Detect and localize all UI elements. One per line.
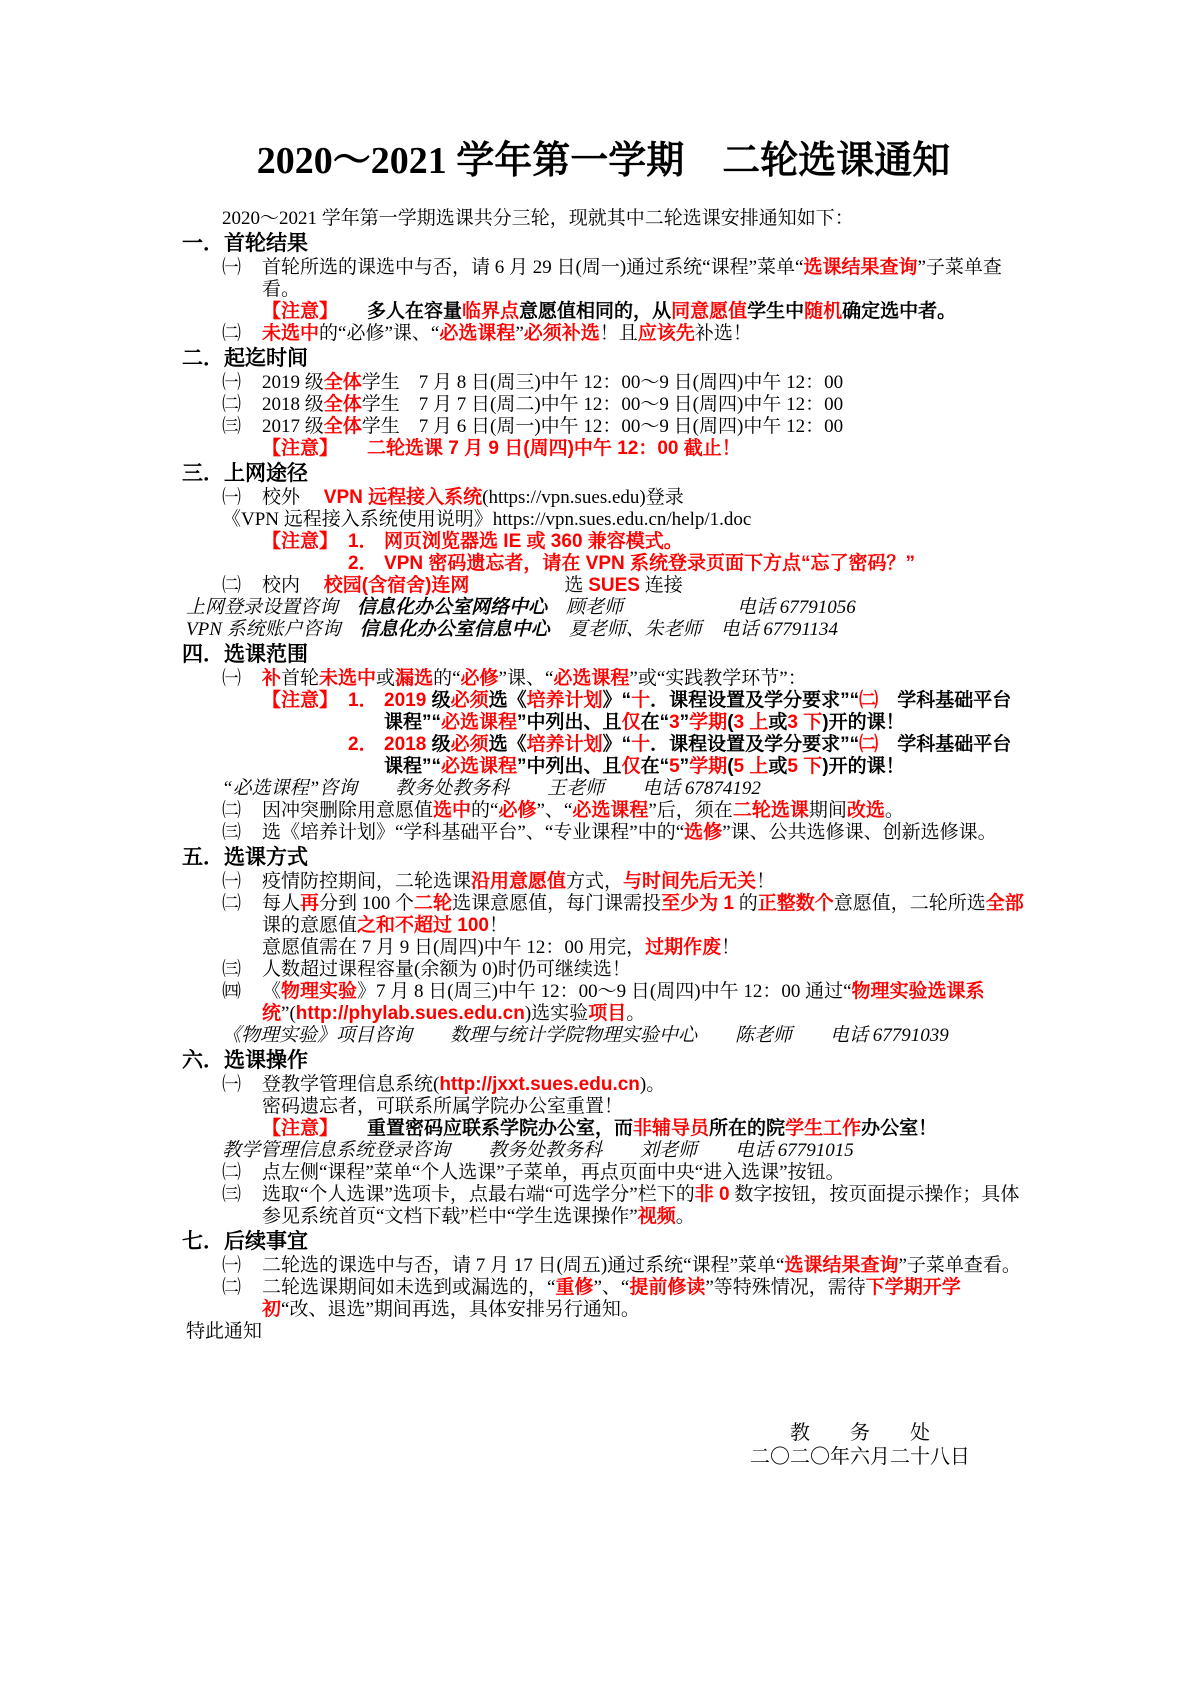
highlighted-text: 二轮选课 — [733, 800, 809, 821]
item-marker: ㈠ — [182, 1074, 262, 1096]
highlighted-text: 必须 — [451, 734, 489, 755]
highlighted-text: 必选课程 — [441, 756, 517, 777]
contact-line: “必选课程”咨询 教务处教务科 王老师 电话 67874192 — [182, 778, 1025, 800]
text-run: 的“ — [471, 800, 498, 821]
item-text: 二轮选的课选中与否，请 7 月 17 日(周五)通过系统“课程”菜单“选课结果查… — [262, 1255, 1025, 1277]
text-run: 选《培养计划》“学科基础平台”、“专业课程”中的“ — [262, 822, 684, 843]
text-run: 》“ — [603, 734, 632, 755]
text-run: 重置密码应联系学院办公室，而 — [348, 1118, 633, 1139]
notice-list-item: 2．2018 级必须选《培养计划》“十．课程设置及学分要求”“㈡ 学科基础平台课… — [348, 734, 1025, 778]
highlighted-text: 选中 — [433, 800, 471, 821]
notice-item-number: 2． — [348, 734, 384, 778]
highlighted-text: 学生工作 — [785, 1118, 861, 1139]
text-run: )开的课！ — [822, 756, 904, 777]
text-run: ”课、“ — [499, 668, 554, 689]
highlighted-text: http://phylab.sues.edu.cn — [296, 1003, 525, 1024]
notice-label: 【注意】 — [262, 301, 338, 323]
text-run: 。 — [676, 1206, 695, 1227]
highlighted-text: 必选课程 — [553, 668, 629, 689]
highlighted-text: 全体 — [324, 394, 362, 415]
notice-label: 【注意】 — [262, 438, 338, 460]
text-run: VPN 系统账户咨询 — [186, 619, 360, 640]
item-marker: ㈣ — [182, 981, 262, 1025]
list-item: ㈡2018 级全体学生 7 月 7 日(周二)中午 12：00～9 日(周四)中… — [182, 394, 1025, 416]
text-run: 因冲突删除用意愿值 — [262, 800, 433, 821]
highlighted-text: http://jxxt.sues.edu.cn — [439, 1074, 640, 1095]
highlighted-text: 与时间先后无关 — [623, 871, 756, 892]
highlighted-text: 未选中 — [319, 668, 376, 689]
list-item: ㈠补首轮未选中或漏选的“必修”课、“必选课程”或“实践教学环节”： — [182, 668, 1025, 690]
highlighted-text: ㈡ — [859, 734, 878, 755]
text-run: 的“ — [433, 668, 460, 689]
highlighted-text: 网页浏览器选 IE 或 360 兼容模式。 — [384, 531, 683, 552]
text-run: ”( — [281, 1003, 296, 1024]
section-heading: 四．选课范围 — [182, 641, 1025, 668]
text-run: ” — [515, 323, 523, 344]
highlighted-text: 学期 — [689, 712, 727, 733]
text-run: 校内 — [262, 575, 324, 596]
item-marker: ㈠ — [182, 372, 262, 394]
text-run: 选《 — [489, 690, 527, 711]
highlighted-text: 沿用意愿值 — [471, 871, 566, 892]
contact-line: 教学管理信息系统登录咨询 教务处教务科 刘老师 电话 67791015 — [182, 1140, 1025, 1162]
text-run: 所在的院 — [709, 1118, 785, 1139]
item-marker: ㈠ — [182, 871, 262, 893]
text-run: (https://vpn.sues.edu)登录 — [482, 487, 684, 508]
text-run: 每人 — [262, 893, 300, 914]
list-item: ㈢选《培养计划》“学科基础平台”、“专业课程”中的“选修”课、公共选修课、创新选… — [182, 822, 1025, 844]
highlighted-text: 二轮选课 7 月 9 日(周四)中午 12：00 截止！ — [348, 438, 741, 459]
text-run: 意愿值，二轮所选 — [834, 893, 986, 914]
text-run: 的 — [734, 893, 758, 914]
highlighted-text: 视频 — [638, 1206, 676, 1227]
text-run: 顾老师 电话 67791056 — [547, 597, 856, 618]
text-run: ”、“ — [593, 1277, 629, 1298]
continuation-line: 《VPN 远程接入系统使用说明》https://vpn.sues.edu.cn/… — [182, 509, 1025, 531]
highlighted-text: 二轮 — [414, 893, 452, 914]
highlighted-text: 补 — [262, 668, 281, 689]
list-item: ㈠登教学管理信息系统(http://jxxt.sues.edu.cn)。 — [182, 1074, 1025, 1096]
text-run: 教学管理信息系统登录咨询 教务处教务科 刘老师 电话 67791015 — [222, 1140, 854, 1161]
text-run: 登教学管理信息系统( — [262, 1074, 439, 1095]
list-item: ㈠校外 VPN 远程接入系统(https://vpn.sues.edu)登录 — [182, 487, 1025, 509]
highlighted-text: 提前修读 — [629, 1277, 705, 1298]
section-heading: 七．后续事宜 — [182, 1228, 1025, 1255]
text-run: ”课、公共选修课、创新选修课。 — [722, 822, 996, 843]
text-run: 首轮 — [281, 668, 319, 689]
text-run: 期间 — [809, 800, 847, 821]
highlighted-text: 改选 — [847, 800, 885, 821]
highlighted-text: 十 — [631, 690, 650, 711]
text-run: ！ — [721, 937, 740, 958]
list-item: ㈡校内 校园(含宿舍)连网 选 SUES 连接 — [182, 575, 1025, 597]
highlighted-text: 全体 — [324, 416, 362, 437]
text-run: 密码遗忘者，可联系所属学院办公室重置！ — [262, 1096, 623, 1117]
list-item: ㈠二轮选的课选中与否，请 7 月 17 日(周五)通过系统“课程”菜单“选课结果… — [182, 1255, 1025, 1277]
notice-list-item: 1．2019 级必须选《培养计划》“十．课程设置及学分要求”“㈡ 学科基础平台课… — [348, 690, 1025, 734]
item-marker: ㈠ — [182, 257, 262, 301]
item-marker: ㈡ — [182, 323, 262, 345]
notice-list-item: 2．VPN 密码遗忘者，请在 VPN 系统登录页面下方点“忘了密码？” — [348, 553, 1025, 575]
text-run: 选 — [469, 575, 588, 596]
highlighted-text: 正整数个 — [758, 893, 834, 914]
section: 三．上网途径㈠校外 VPN 远程接入系统(https://vpn.sues.ed… — [182, 460, 1025, 641]
section-heading: 五．选课方式 — [182, 844, 1025, 871]
text-run: 选取“个人选课”选项卡，点最右端“可选学分”栏下的 — [262, 1184, 695, 1205]
text-run: 《物理实验》项目咨询 数理与统计学院物理实验中心 陈老师 电话 67791039 — [222, 1025, 949, 1046]
highlighted-text: SUES — [588, 575, 640, 596]
text-run: “必选课程”咨询 教务处教务科 王老师 电话 67874192 — [222, 778, 761, 799]
list-item: ㈡因冲突删除用意愿值选中的“必修”、“必选课程”后，须在二轮选课期间改选。 — [182, 800, 1025, 822]
item-marker: ㈡ — [182, 575, 262, 597]
highlighted-text: 3 下 — [787, 712, 822, 733]
highlighted-text: 至少为 1 — [661, 893, 734, 914]
text-run: 选《 — [489, 734, 527, 755]
section: 一．首轮结果㈠首轮所选的课选中与否，请 6 月 29 日(周一)通过系统“课程”… — [182, 230, 1025, 345]
text-run: 课的意愿值 — [262, 915, 357, 936]
text-run: 级 — [426, 690, 450, 711]
notice-block: 【注意】 重置密码应联系学院办公室，而非辅导员所在的院学生工作办公室！ — [182, 1118, 1025, 1140]
text-run: ”中列出、且 — [517, 756, 622, 777]
text-run: )选实验 — [525, 1003, 588, 1024]
highlighted-text: 必须 — [451, 690, 489, 711]
text-run: ” — [680, 712, 690, 733]
list-item: ㈠首轮所选的课选中与否，请 6 月 29 日(周一)通过系统“课程”菜单“选课结… — [182, 257, 1025, 301]
highlighted-text: 选课结果查询 — [803, 257, 917, 278]
text-run: 或 — [376, 668, 395, 689]
text-run: 学生 7 月 8 日(周三)中午 12：00～9 日(周四)中午 12：00 — [362, 372, 843, 393]
text-run: 。 — [626, 1003, 645, 1024]
item-marker: ㈡ — [182, 1277, 262, 1321]
highlighted-text: 5 上 — [734, 756, 769, 777]
highlighted-text: 培养计划 — [527, 690, 603, 711]
highlighted-text: 必选课程 — [439, 323, 515, 344]
item-text: 补首轮未选中或漏选的“必修”课、“必选课程”或“实践教学环节”： — [262, 668, 1025, 690]
item-text: 未选中的“必修”课、“必选课程”必须补选！且应该先补选！ — [262, 323, 1025, 345]
list-item: ㈢选取“个人选课”选项卡，点最右端“可选学分”栏下的非 0 数字按钮，按页面提示… — [182, 1184, 1025, 1228]
text-run: ”后，须在 — [648, 800, 732, 821]
signature-date: 二〇二〇年六月二十八日 — [695, 1445, 1025, 1469]
highlighted-text: 物理实验 — [281, 981, 357, 1002]
text-run: 》7 月 8 日(周三)中午 12：00～9 日(周四)中午 12：00 通过“ — [357, 981, 852, 1002]
text-run: 级 — [426, 734, 450, 755]
item-marker: ㈠ — [182, 487, 262, 509]
text-run: 校外 — [262, 487, 324, 508]
list-item: ㈠疫情防控期间，二轮选课沿用意愿值方式，与时间先后无关！ — [182, 871, 1025, 893]
highlighted-text: 同意愿值 — [671, 301, 747, 322]
text-run: 点左侧“课程”菜单“个人选课”子菜单，再点页面中央“进入选课”按钮。 — [262, 1162, 845, 1183]
text-run: ”中列出、且 — [517, 712, 622, 733]
item-text: 2017 级全体学生 7 月 6 日(周一)中午 12：00～9 日(周四)中午… — [262, 416, 1025, 438]
highlighted-text: 选课结果查询 — [784, 1255, 898, 1276]
text-run: 疫情防控期间，二轮选课 — [262, 871, 471, 892]
item-text: 《物理实验》7 月 8 日(周三)中午 12：00～9 日(周四)中午 12：0… — [262, 981, 1025, 1025]
highlighted-text: 过期作废 — [645, 937, 721, 958]
notice-label: 【注意】 — [262, 690, 338, 778]
section-heading: 六．选课操作 — [182, 1047, 1025, 1074]
list-item: ㈢2017 级全体学生 7 月 6 日(周一)中午 12：00～9 日(周四)中… — [182, 416, 1025, 438]
notice-text: 二轮选课 7 月 9 日(周四)中午 12：00 截止！ — [348, 438, 1025, 460]
document-page: 2020～2021 学年第一学期 二轮选课通知 2020～2021 学年第一学期… — [0, 0, 1191, 1684]
notice-item-text: VPN 密码遗忘者，请在 VPN 系统登录页面下方点“忘了密码？” — [384, 553, 1025, 575]
highlighted-text: 十 — [631, 734, 650, 755]
signature-block: 教 务 处 二〇二〇年六月二十八日 — [695, 1421, 1025, 1469]
highlighted-text: 仅 — [622, 712, 641, 733]
highlighted-text: 非 0 — [695, 1184, 730, 1205]
notice-list: 1．2019 级必须选《培养计划》“十．课程设置及学分要求”“㈡ 学科基础平台课… — [348, 690, 1025, 778]
text-run: ！ — [489, 915, 508, 936]
notice-item-text: 2018 级必须选《培养计划》“十．课程设置及学分要求”“㈡ 学科基础平台课程”… — [384, 734, 1025, 778]
text-run: 意愿值需在 7 月 9 日(周四)中午 12：00 用完， — [262, 937, 645, 958]
sections-container: 一．首轮结果㈠首轮所选的课选中与否，请 6 月 29 日(周一)通过系统“课程”… — [182, 230, 1025, 1321]
section: 七．后续事宜㈠二轮选的课选中与否，请 7 月 17 日(周五)通过系统“课程”菜… — [182, 1228, 1025, 1321]
highlighted-text: 必须补选 — [524, 323, 600, 344]
text-run: 学生 7 月 6 日(周一)中午 12：00～9 日(周四)中午 12：00 — [362, 416, 843, 437]
text-run: )。 — [640, 1074, 665, 1095]
highlighted-text: 漏选 — [395, 668, 433, 689]
item-marker: ㈡ — [182, 394, 262, 416]
text-run: ” — [680, 756, 690, 777]
text-run: 2018 级 — [262, 394, 324, 415]
item-text: 疫情防控期间，二轮选课沿用意愿值方式，与时间先后无关！ — [262, 871, 1025, 893]
item-marker: ㈢ — [182, 1184, 262, 1228]
section-heading: 三．上网途径 — [182, 460, 1025, 487]
text-run: 的“必修”课、“ — [319, 323, 439, 344]
item-text: 校外 VPN 远程接入系统(https://vpn.sues.edu)登录 — [262, 487, 1025, 509]
highlighted-text: 2018 — [384, 734, 426, 755]
notice-text: 多人在容量临界点意愿值相同的，从同意愿值学生中随机确定选中者。 — [348, 301, 1025, 323]
highlighted-text: 必修 — [461, 668, 499, 689]
item-marker: ㈢ — [182, 416, 262, 438]
highlighted-text: VPN 远程接入系统 — [324, 487, 482, 508]
item-text: 每人再分到 100 个二轮选课意愿值，每门课需投至少为 1 的正整数个意愿值，二… — [262, 893, 1025, 937]
item-text: 因冲突删除用意愿值选中的“必修”、“必选课程”后，须在二轮选课期间改选。 — [262, 800, 1025, 822]
text-run: 连接 — [640, 575, 683, 596]
highlighted-text: 项目 — [588, 1003, 626, 1024]
highlighted-text: 校园(含宿舍)连网 — [324, 575, 470, 596]
section-heading: 二．起迄时间 — [182, 345, 1025, 372]
highlighted-text: 必选课程 — [441, 712, 517, 733]
text-run: ！ — [756, 871, 775, 892]
text-run: 意愿值相同的，从 — [519, 301, 671, 322]
notice-label: 【注意】 — [262, 1118, 338, 1140]
text-run: ．课程设置及学分要求”“ — [650, 734, 859, 755]
text-run: 分到 100 个 — [319, 893, 414, 914]
text-run: 《 — [262, 981, 281, 1002]
text-run: 补选！ — [695, 323, 752, 344]
highlighted-text: 5 下 — [787, 756, 822, 777]
text-run: 。 — [885, 800, 904, 821]
text-run: ”等特殊情况，需待 — [705, 1277, 865, 1298]
text-run: 选课意愿值，每门课需投 — [452, 893, 661, 914]
text-run: 办公室！ — [861, 1118, 937, 1139]
section: 四．选课范围㈠补首轮未选中或漏选的“必修”课、“必选课程”或“实践教学环节”：【… — [182, 641, 1025, 844]
text-run: 二轮选的课选中与否，请 7 月 17 日(周五)通过系统“课程”菜单“ — [262, 1255, 784, 1276]
continuation-line: 意愿值需在 7 月 9 日(周四)中午 12：00 用完，过期作废！ — [182, 937, 1025, 959]
text-run: 》“ — [603, 690, 632, 711]
item-text: 首轮所选的课选中与否，请 6 月 29 日(周一)通过系统“课程”菜单“选课结果… — [262, 257, 1025, 301]
highlighted-text: 5 — [669, 756, 680, 777]
item-marker: ㈠ — [182, 668, 262, 690]
text-run: ．课程设置及学分要求”“ — [650, 690, 859, 711]
highlighted-text: 全体 — [324, 372, 362, 393]
item-text: 校内 校园(含宿舍)连网 选 SUES 连接 — [262, 575, 1025, 597]
item-marker: ㈠ — [182, 1255, 262, 1277]
highlighted-text: 学期 — [689, 756, 727, 777]
closing-line: 特此通知 — [182, 1321, 1025, 1343]
notice-text: 重置密码应联系学院办公室，而非辅导员所在的院学生工作办公室！ — [348, 1118, 1025, 1140]
notice-label: 【注意】 — [262, 531, 338, 575]
signature-department: 教 务 处 — [695, 1421, 1025, 1445]
document-title: 2020～2021 学年第一学期 二轮选课通知 — [182, 138, 1025, 184]
text-run: 在“ — [641, 712, 670, 733]
bold-text: 信息化办公室网络中心 — [357, 597, 547, 618]
highlighted-text: ㈡ — [859, 690, 878, 711]
item-text: 人数超过课程容量(余额为 0)时仍可继续选！ — [262, 959, 1025, 981]
notice-list: 1．网页浏览器选 IE 或 360 兼容模式。2．VPN 密码遗忘者，请在 VP… — [348, 531, 1025, 575]
highlighted-text: 未选中 — [262, 323, 319, 344]
list-item: ㈡每人再分到 100 个二轮选课意愿值，每门课需投至少为 1 的正整数个意愿值，… — [182, 893, 1025, 937]
text-run: 2019 级 — [262, 372, 324, 393]
item-marker: ㈡ — [182, 1162, 262, 1184]
list-item: ㈡二轮选课期间如未选到或漏选的，“重修”、“提前修读”等特殊情况，需待下学期开学… — [182, 1277, 1025, 1321]
highlighted-text: 选修 — [684, 822, 722, 843]
highlighted-text: VPN 密码遗忘者，请在 VPN 系统登录页面下方点“忘了密码？” — [384, 553, 915, 574]
text-run: 人数超过课程容量(余额为 0)时仍可继续选！ — [262, 959, 631, 980]
bold-text: 信息化办公室信息中心 — [360, 619, 550, 640]
notice-item-number: 1． — [348, 690, 384, 734]
contact-line: VPN 系统账户咨询 信息化办公室信息中心 夏老师、朱老师 电话 6779113… — [182, 619, 1025, 641]
highlighted-text: 必选课程 — [572, 800, 648, 821]
item-marker: ㈢ — [182, 959, 262, 981]
text-run: ”子菜单查看。 — [898, 1255, 1020, 1276]
document-body: 2020～2021 学年第一学期 二轮选课通知 2020～2021 学年第一学期… — [182, 138, 1025, 1469]
highlighted-text: 仅 — [622, 756, 641, 777]
notice-list-item: 1．网页浏览器选 IE 或 360 兼容模式。 — [348, 531, 1025, 553]
list-item: ㈣《物理实验》7 月 8 日(周三)中午 12：00～9 日(周四)中午 12：… — [182, 981, 1025, 1025]
highlighted-text: 重修 — [555, 1277, 593, 1298]
text-run: 上网登录设置咨询 — [186, 597, 357, 618]
highlighted-text: 应该先 — [638, 323, 695, 344]
text-run: ”或“实践教学环节”： — [629, 668, 806, 689]
highlighted-text: 3 — [669, 712, 680, 733]
notice-item-number: 1． — [348, 531, 384, 553]
highlighted-text: 再 — [300, 893, 319, 914]
text-run: 确定选中者。 — [842, 301, 956, 322]
list-item: ㈢人数超过课程容量(余额为 0)时仍可继续选！ — [182, 959, 1025, 981]
item-text: 选取“个人选课”选项卡，点最右端“可选学分”栏下的非 0 数字按钮，按页面提示操… — [262, 1184, 1025, 1228]
item-text: 选《培养计划》“学科基础平台”、“专业课程”中的“选修”课、公共选修课、创新选修… — [262, 822, 1025, 844]
section: 六．选课操作㈠登教学管理信息系统(http://jxxt.sues.edu.cn… — [182, 1047, 1025, 1228]
highlighted-text: 3 上 — [734, 712, 769, 733]
highlighted-text: 非辅导员 — [633, 1118, 709, 1139]
intro-paragraph: 2020～2021 学年第一学期选课共分三轮，现就其中二轮选课安排通知如下： — [182, 208, 1025, 230]
item-text: 2019 级全体学生 7 月 8 日(周三)中午 12：00～9 日(周四)中午… — [262, 372, 1025, 394]
item-marker: ㈡ — [182, 800, 262, 822]
text-run: )开的课！ — [822, 712, 904, 733]
text-run: ！且 — [600, 323, 638, 344]
notice-item-number: 2． — [348, 553, 384, 575]
list-item: ㈠2019 级全体学生 7 月 8 日(周三)中午 12：00～9 日(周四)中… — [182, 372, 1025, 394]
item-marker: ㈡ — [182, 893, 262, 937]
text-run: 在“ — [641, 756, 670, 777]
notice-item-text: 网页浏览器选 IE 或 360 兼容模式。 — [384, 531, 1025, 553]
list-item: ㈡点左侧“课程”菜单“个人选课”子菜单，再点页面中央“进入选课”按钮。 — [182, 1162, 1025, 1184]
notice-block: 【注意】1．网页浏览器选 IE 或 360 兼容模式。2．VPN 密码遗忘者，请… — [182, 531, 1025, 575]
section: 五．选课方式㈠疫情防控期间，二轮选课沿用意愿值方式，与时间先后无关！㈡每人再分到… — [182, 844, 1025, 1047]
text-run: 学生 7 月 7 日(周二)中午 12：00～9 日(周四)中午 12：00 — [362, 394, 843, 415]
item-text: 2018 级全体学生 7 月 7 日(周二)中午 12：00～9 日(周四)中午… — [262, 394, 1025, 416]
notice-item-text: 2019 级必须选《培养计划》“十．课程设置及学分要求”“㈡ 学科基础平台课程”… — [384, 690, 1025, 734]
text-run: 方式， — [566, 871, 623, 892]
text-run: 或 — [768, 756, 787, 777]
text-run: “改、退选”期间再选，具体安排另行通知。 — [281, 1299, 640, 1320]
notice-block: 【注意】 二轮选课 7 月 9 日(周四)中午 12：00 截止！ — [182, 438, 1025, 460]
text-run: 多人在容量 — [348, 301, 462, 322]
text-run: ”、“ — [536, 800, 572, 821]
item-text: 登教学管理信息系统(http://jxxt.sues.edu.cn)。 — [262, 1074, 1025, 1096]
contact-line: 上网登录设置咨询 信息化办公室网络中心 顾老师 电话 67791056 — [182, 597, 1025, 619]
highlighted-text: 必修 — [498, 800, 536, 821]
highlighted-text: 临界点 — [462, 301, 519, 322]
item-text: 点左侧“课程”菜单“个人选课”子菜单，再点页面中央“进入选课”按钮。 — [262, 1162, 1025, 1184]
highlighted-text: 2019 — [384, 690, 426, 711]
text-run: 2017 级 — [262, 416, 324, 437]
highlighted-text: 之和不超过 100 — [357, 915, 489, 936]
section: 二．起迄时间㈠2019 级全体学生 7 月 8 日(周三)中午 12：00～9 … — [182, 345, 1025, 460]
list-item: ㈡未选中的“必修”课、“必选课程”必须补选！且应该先补选！ — [182, 323, 1025, 345]
contact-line: 《物理实验》项目咨询 数理与统计学院物理实验中心 陈老师 电话 67791039 — [182, 1025, 1025, 1047]
text-run: 《VPN 远程接入系统使用说明》https://vpn.sues.edu.cn/… — [222, 509, 751, 530]
notice-block: 【注意】 多人在容量临界点意愿值相同的，从同意愿值学生中随机确定选中者。 — [182, 301, 1025, 323]
text-run: 首轮所选的课选中与否，请 6 月 29 日(周一)通过系统“课程”菜单“ — [262, 257, 803, 278]
highlighted-text: 培养计划 — [527, 734, 603, 755]
text-run: 或 — [768, 712, 787, 733]
text-run: 夏老师、朱老师 电话 67791134 — [550, 619, 838, 640]
notice-block: 【注意】1．2019 级必须选《培养计划》“十．课程设置及学分要求”“㈡ 学科基… — [182, 690, 1025, 778]
item-text: 二轮选课期间如未选到或漏选的，“重修”、“提前修读”等特殊情况，需待下学期开学初… — [262, 1277, 1025, 1321]
highlighted-text: 随机 — [804, 301, 842, 322]
highlighted-text: 全部 — [986, 893, 1024, 914]
item-marker: ㈢ — [182, 822, 262, 844]
section-heading: 一．首轮结果 — [182, 230, 1025, 257]
text-run: 二轮选课期间如未选到或漏选的，“ — [262, 1277, 555, 1298]
continuation-line: 密码遗忘者，可联系所属学院办公室重置！ — [182, 1096, 1025, 1118]
text-run: 学生中 — [747, 301, 804, 322]
